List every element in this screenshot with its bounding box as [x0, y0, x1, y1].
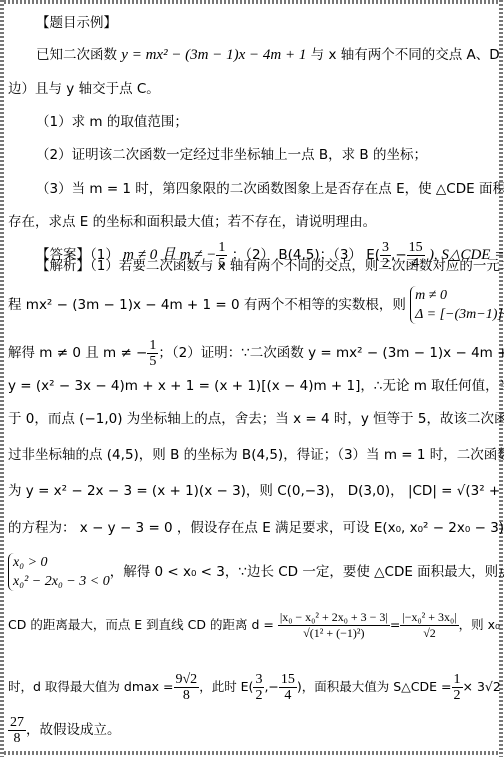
question-1: （1）求 m 的取值范围；	[8, 113, 496, 131]
document-page: 【题目示例】 已知二次函数 y = mx² − (3m − 1)x − 4m +…	[0, 0, 504, 757]
fraction: |x₀ − x₀² + 2x₀ + 3 − 3|√(1² + (−1)²)	[278, 610, 390, 641]
analysis-line-9: x₀ > 0x₀² − 2x₀ − 3 < 0，解得 0 < x₀ < 3，∵边…	[8, 552, 496, 592]
denominator: 4	[279, 688, 297, 703]
text: ，解得 0 < x₀ < 3，∵边长 CD 一定，要使 △CDE 面积最大，则点…	[110, 564, 504, 580]
text: ；（2）证明：∵二次函数 y = mx² − (3m − 1)x − 4m + …	[158, 345, 504, 361]
function-formula: y = mx² − (3m − 1)x − 4m + 1	[121, 47, 306, 63]
text: )，面积最大值为 S△CDE =	[297, 679, 452, 694]
fraction: 32	[253, 672, 264, 703]
text: 解得 m ≠ 0 且 m ≠ −	[8, 345, 147, 361]
analysis-line-7: 为 y = x² − 2x − 3 = (x + 1)(x − 3)，则 C(0…	[8, 482, 496, 500]
system-row: x₀ > 0	[13, 553, 110, 572]
text: 时，d 取得最大值为 dmax =	[8, 679, 174, 694]
denominator: √2	[400, 626, 458, 641]
fraction: 154	[279, 672, 297, 703]
numerator: 15	[407, 240, 425, 256]
fraction: 15	[147, 338, 158, 369]
problem-line-1: 已知二次函数 y = mx² − (3m − 1)x − 4m + 1 与 x …	[8, 46, 496, 64]
analysis-line-12: 278，故假设成立。	[8, 712, 496, 748]
fraction: 12	[452, 672, 463, 703]
analysis-line-10: CD 的距离最大，而点 E 到直线 CD 的距离 d = |x₀ − x₀² +…	[8, 605, 496, 645]
analysis-line-3: 解得 m ≠ 0 且 m ≠ −15；（2）证明：∵二次函数 y = mx² −…	[8, 336, 496, 370]
system-row: Δ = [−(3m−1)]² − 4m(−4m+1) > 0	[415, 305, 504, 324]
analysis-label: 【解析】	[36, 258, 90, 274]
text: × 3√2 ×	[463, 679, 504, 694]
text: 与 x 轴有两个不同的交点 A、D（ D 在 A 右	[311, 47, 504, 63]
text: ，故假设成立。	[26, 722, 121, 738]
denominator: 2	[253, 688, 264, 703]
system-row: m ≠ 0	[415, 286, 504, 305]
decorative-border-left	[0, 0, 4, 757]
numerator: 15	[279, 672, 297, 688]
numerator: 3	[380, 240, 391, 256]
denominator: 8	[174, 688, 200, 703]
numerator: 3	[253, 672, 264, 688]
denominator: 8	[8, 731, 26, 746]
numerator: 1	[452, 672, 463, 688]
numerator: |−x₀² + 3x₀|	[400, 610, 458, 626]
text: CD 的距离最大，而点 E 到直线 CD 的距离 d =	[8, 617, 274, 632]
fraction: |−x₀² + 3x₀|√2	[400, 610, 458, 641]
fraction: 9√28	[174, 672, 200, 703]
text: ，此时 E(	[199, 679, 253, 694]
equation-system: x₀ > 0x₀² − 2x₀ − 3 < 0	[8, 553, 110, 591]
system-row: x₀² − 2x₀ − 3 < 0	[13, 572, 110, 591]
numerator: 27	[8, 715, 26, 731]
decorative-border-top	[0, 0, 504, 4]
denominator: 2	[452, 688, 463, 703]
text: 程 mx² − (3m − 1)x − 4m + 1 = 0 有两个不相等的实数…	[8, 297, 406, 313]
text: ，则 x₀ =	[459, 617, 504, 632]
denominator: 5	[147, 354, 158, 369]
decorative-border-bottom	[0, 751, 504, 755]
equation-system: m ≠ 0Δ = [−(3m−1)]² − 4m(−4m+1) > 0	[410, 286, 504, 324]
section-heading-example: 【题目示例】	[8, 14, 496, 32]
numerator: 1	[216, 240, 227, 256]
question-2: （2）证明该二次函数一定经过非坐标轴上一点 B，求 B 的坐标；	[8, 146, 496, 164]
analysis-line-5: 于 0，而点 (−1,0) 为坐标轴上的点，舍去；当 x = 4 时，y 恒等于…	[8, 410, 496, 428]
text: （1）若要二次函数与 x 轴有两个不同的交点，则二次函数对应的一元二次方	[90, 258, 504, 274]
numerator: |x₀ − x₀² + 2x₀ + 3 − 3|	[278, 610, 390, 626]
analysis-line-6: 过非坐标轴的点 (4,5)，则 B 的坐标为 B(4,5)，得证；（3）当 m …	[8, 446, 496, 464]
analysis-line-8: 的方程为： x − y − 3 = 0 ，假设存在点 E 满足要求，可设 E(x…	[8, 519, 496, 537]
question-3-line-2: 存在，求点 E 的坐标和面积最大值；若不存在，请说明理由。	[8, 213, 496, 231]
analysis-line-4: y = (x² − 3x − 4)m + x + 1 = (x + 1)[(x …	[8, 377, 496, 395]
fraction: 278	[8, 715, 26, 746]
analysis-line-11: 时，d 取得最大值为 dmax =9√28，此时 E(32,−154)，面积最大…	[8, 667, 496, 707]
analysis-line-1: 【解析】（1）若要二次函数与 x 轴有两个不同的交点，则二次函数对应的一元二次方	[8, 257, 496, 275]
numerator: 1	[147, 338, 158, 354]
text: 已知二次函数	[36, 47, 117, 63]
numerator: 9√2	[174, 672, 200, 688]
question-3-line-1: （3）当 m = 1 时，第四象限的二次函数图象上是否存在点 E，使 △CDE …	[8, 180, 496, 198]
analysis-line-2: 程 mx² − (3m − 1)x − 4m + 1 = 0 有两个不相等的实数…	[8, 285, 496, 325]
problem-line-2: 边）且与 y 轴交于点 C。	[8, 80, 496, 98]
denominator: √(1² + (−1)²)	[278, 626, 390, 641]
